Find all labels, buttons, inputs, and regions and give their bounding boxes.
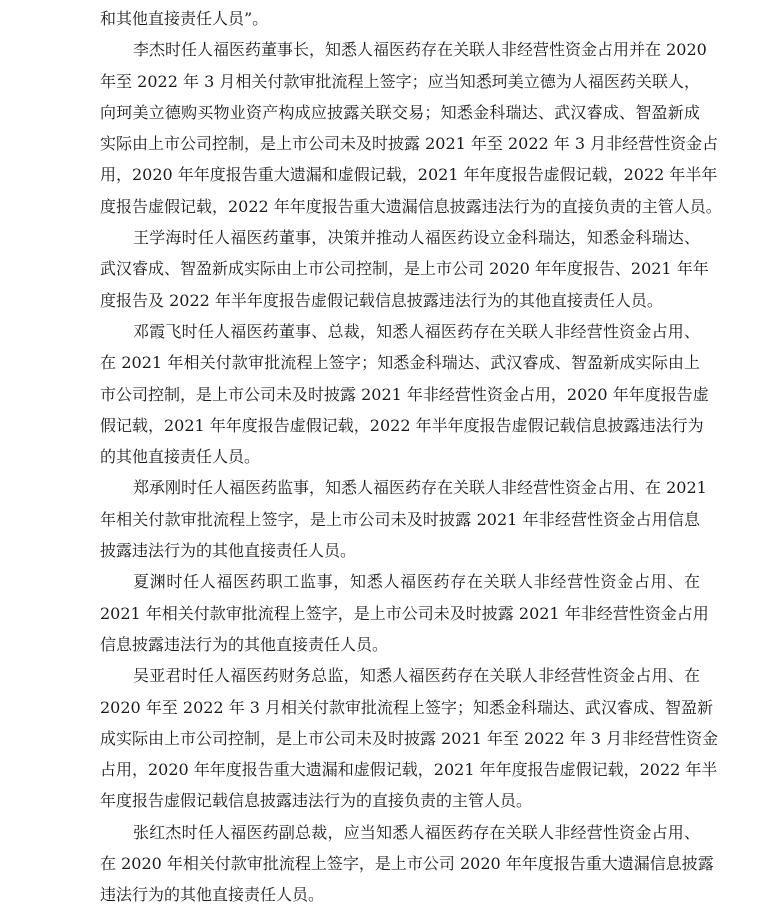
- text-line: 年至 2022 年 3 月相关付款审批流程上签字；应当知悉珂美立德为人福医药关联…: [100, 66, 700, 97]
- paragraph-zheng-chenggang: 郑承刚时任人福医药监事，知悉人福医药存在关联人非经营性资金占用、在 2021 年…: [100, 472, 700, 566]
- paragraph-li-jie: 李杰时任人福医药董事长，知悉人福医药存在关联人非经营性资金占用并在 2020 年…: [100, 34, 700, 222]
- text-line: 2021 年相关付款审批流程上签字，是上市公司未及时披露 2021 年非经营性资…: [100, 598, 700, 629]
- text-line: 武汉睿成、智盈新成实际由上市公司控制，是上市公司 2020 年年度报告、2021…: [100, 253, 700, 284]
- paragraph-wu-yajun: 吴亚君时任人福医药财务总监，知悉人福医药存在关联人非经营性资金占用、在 2020…: [100, 660, 700, 816]
- text-line: 成实际由上市公司控制，是上市公司未及时披露 2021 年至 2022 年 3 月…: [100, 723, 700, 754]
- paragraph-xia-yuan: 夏渊时任人福医药职工监事，知悉人福医药存在关联人非经营性资金占用、在 2021 …: [100, 566, 700, 660]
- text-line: 向珂美立德购买物业资产构成应披露关联交易；知悉金科瑞达、武汉睿成、智盈新成: [100, 97, 700, 128]
- paragraph-continuation: 和其他直接责任人员”。: [100, 3, 700, 34]
- paragraph-zhang-hongjie: 张红杰时任人福医药副总裁，应当知悉人福医药存在关联人非经营性资金占用、 在 20…: [100, 817, 700, 911]
- text-line: 年度报告虚假记载信息披露违法行为的直接负责的主管人员。: [100, 785, 700, 816]
- text-line: 吴亚君时任人福医药财务总监，知悉人福医药存在关联人非经营性资金占用、在: [100, 660, 700, 691]
- paragraph-deng-xiafei: 邓霞飞时任人福医药董事、总裁，知悉人福医药存在关联人非经营性资金占用、 在 20…: [100, 316, 700, 472]
- text-line: 度报告虚假记载，2022 年年度报告重大遗漏信息披露违法行为的直接负责的主管人员…: [100, 191, 700, 222]
- text-line: 邓霞飞时任人福医药董事、总裁，知悉人福医药存在关联人非经营性资金占用、: [100, 316, 700, 347]
- text-line: 王学海时任人福医药董事，决策并推动人福医药设立金科瑞达，知悉金科瑞达、: [100, 222, 700, 253]
- text-line: 假记载，2021 年年度报告虚假记载，2022 年半年度报告虚假记载信息披露违法…: [100, 410, 700, 441]
- text-line: 郑承刚时任人福医药监事，知悉人福医药存在关联人非经营性资金占用、在 2021: [100, 472, 700, 503]
- text-line: 和其他直接责任人员”。: [100, 3, 700, 34]
- text-line: 李杰时任人福医药董事长，知悉人福医药存在关联人非经营性资金占用并在 2020: [100, 34, 700, 65]
- text-line: 在 2020 年相关付款审批流程上签字，是上市公司 2020 年年度报告重大遗漏…: [100, 848, 700, 879]
- text-line: 违法行为的其他直接责任人员。: [100, 879, 700, 910]
- text-line: 张红杰时任人福医药副总裁，应当知悉人福医药存在关联人非经营性资金占用、: [100, 817, 700, 848]
- document-page: 和其他直接责任人员”。 李杰时任人福医药董事长，知悉人福医药存在关联人非经营性资…: [100, 3, 700, 911]
- text-line: 度报告及 2022 年半年度报告虚假记载信息披露违法行为的其他直接责任人员。: [100, 285, 700, 316]
- text-line: 用，2020 年年度报告重大遗漏和虚假记载，2021 年年度报告虚假记载，202…: [100, 159, 700, 190]
- paragraph-wang-xuehai: 王学海时任人福医药董事，决策并推动人福医药设立金科瑞达，知悉金科瑞达、 武汉睿成…: [100, 222, 700, 316]
- text-line: 在 2021 年相关付款审批流程上签字；知悉金科瑞达、武汉睿成、智盈新成实际由上: [100, 347, 700, 378]
- text-line: 市公司控制，是上市公司未及时披露 2021 年非经营性资金占用，2020 年年度…: [100, 379, 700, 410]
- text-line: 占用，2020 年年度报告重大遗漏和虚假记载，2021 年年度报告虚假记载，20…: [100, 754, 700, 785]
- text-line: 2020 年至 2022 年 3 月相关付款审批流程上签字；知悉金科瑞达、武汉睿…: [100, 692, 700, 723]
- text-line: 实际由上市公司控制，是上市公司未及时披露 2021 年至 2022 年 3 月非…: [100, 128, 700, 159]
- text-line: 信息披露违法行为的其他直接责任人员。: [100, 629, 700, 660]
- text-line: 年相关付款审批流程上签字，是上市公司未及时披露 2021 年非经营性资金占用信息: [100, 504, 700, 535]
- text-line: 夏渊时任人福医药职工监事，知悉人福医药存在关联人非经营性资金占用、在: [100, 566, 700, 597]
- text-line: 披露违法行为的其他直接责任人员。: [100, 535, 700, 566]
- text-line: 的其他直接责任人员。: [100, 441, 700, 472]
